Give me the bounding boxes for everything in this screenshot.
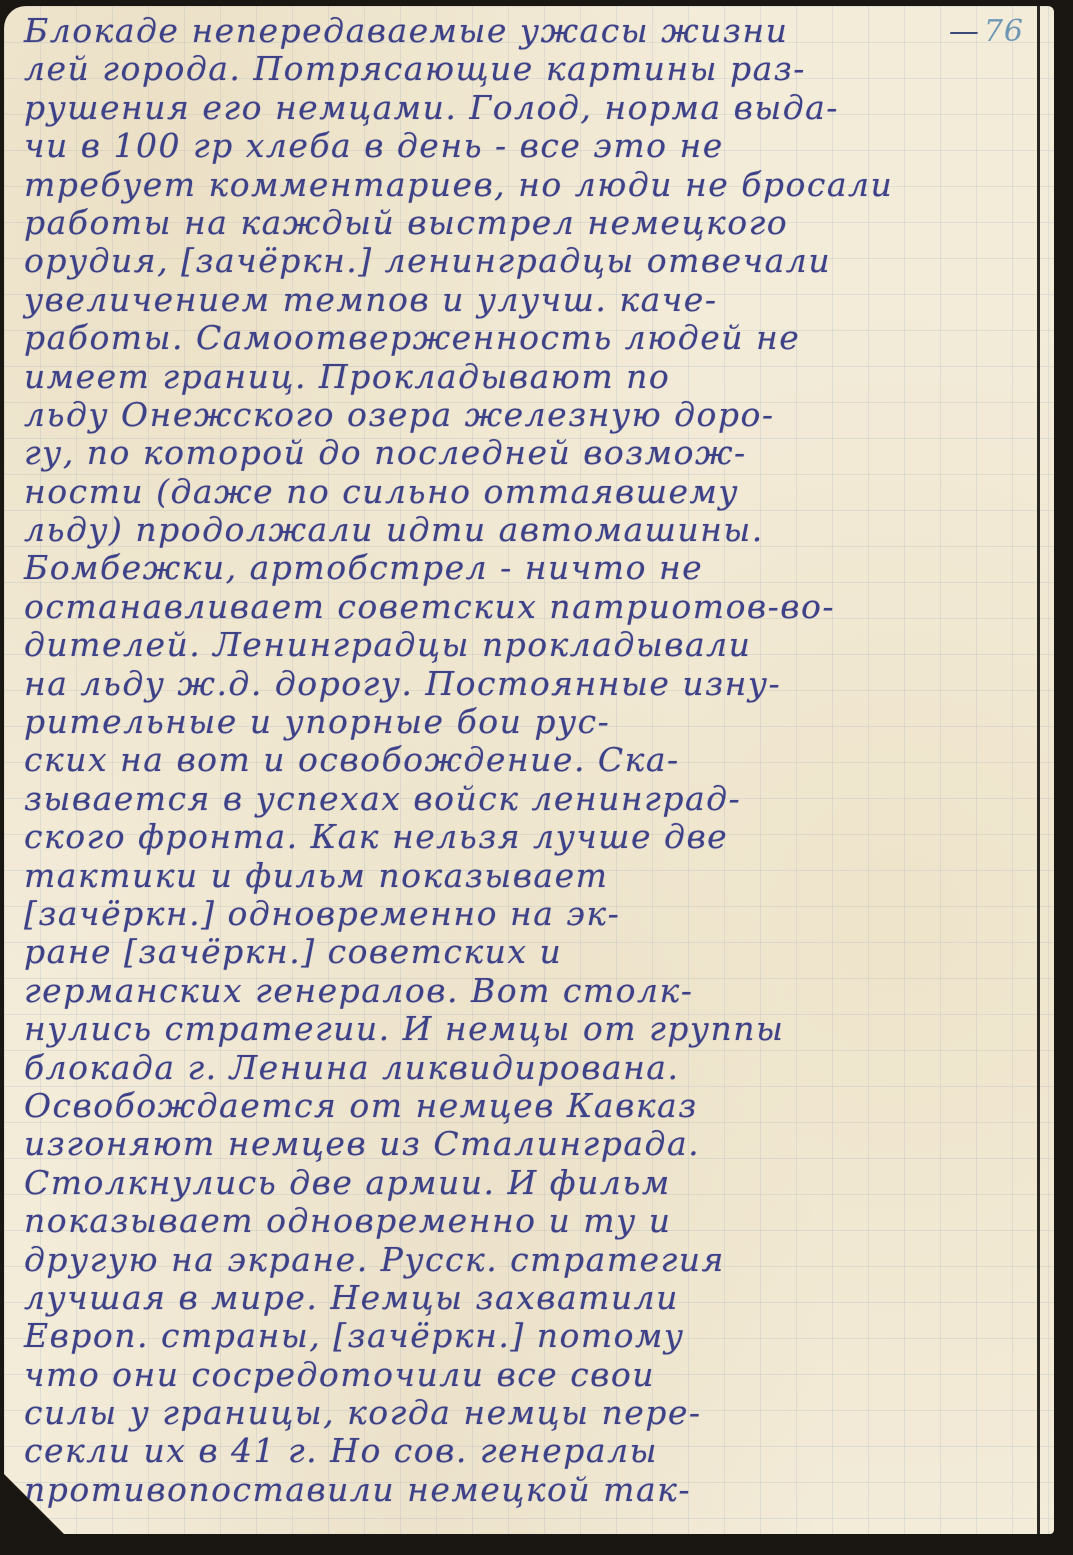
text-line: Блокаде непередаваемые ужасы жизни (24, 12, 1004, 50)
text-line: гу, по которой до последней возмож- (24, 434, 1004, 472)
text-line: другую на экране. Русск. стратегия (24, 1241, 1004, 1279)
text-line: требует комментариев, но люди не бросали (24, 166, 1004, 204)
text-line: работы. Самоотверженность людей не (24, 319, 1004, 357)
text-line: изгоняют немцев из Сталинграда. (24, 1125, 1004, 1163)
text-line: Бомбежки, артобстрел - ничто не (24, 549, 1004, 587)
text-line: тактики и фильм показывает (24, 857, 1004, 895)
text-line: дителей. Ленинградцы прокладывали (24, 626, 1004, 664)
text-line: льду Онежского озера железную доро- (24, 396, 1004, 434)
notebook-page: 76 Блокаде непередаваемые ужасы жизни ле… (4, 6, 1054, 1534)
text-line: рительные и упорные бои рус- (24, 703, 1004, 741)
text-line: на льду ж.д. дорогу. Постоянные изну- (24, 665, 1004, 703)
text-line: имеет границ. Прокладывают по (24, 358, 1004, 396)
text-line: [зачёркн.] одновременно на эк- (24, 895, 1004, 933)
text-line: работы на каждый выстрел немецкого (24, 204, 1004, 242)
text-line: что они сосредоточили все свои (24, 1356, 1004, 1394)
notebook-spine (1037, 6, 1040, 1534)
text-line: останавливает советских патриотов-во- (24, 588, 1004, 626)
text-line: увеличением темпов и улучш. каче- (24, 281, 1004, 319)
text-line: Освобождается от немцев Кавказ (24, 1087, 1004, 1125)
text-line: нулись стратегии. И немцы от группы (24, 1010, 1004, 1048)
text-line: германских генералов. Вот столк- (24, 972, 1004, 1010)
text-line: ране [зачёркн.] советских и (24, 933, 1004, 971)
text-line: орудия, [зачёркн.] ленинградцы отвечали (24, 242, 1004, 280)
text-line: рушения его немцами. Голод, норма выда- (24, 89, 1004, 127)
text-line: силы у границы, когда немцы пере- (24, 1394, 1004, 1432)
text-line: лей города. Потрясающие картины раз- (24, 50, 1004, 88)
text-line: ских на вот и освобождение. Ска- (24, 741, 1004, 779)
text-line: противопоставили немецкой так- (24, 1471, 1004, 1509)
text-line: Столкнулись две армии. И фильм (24, 1164, 1004, 1202)
text-line: лучшая в мире. Немцы захватили (24, 1279, 1004, 1317)
text-line: секли их в 41 г. Но сов. генералы (24, 1432, 1004, 1470)
text-line: Европ. страны, [зачёркн.] потому (24, 1317, 1004, 1355)
text-line: блокада г. Ленина ликвидирована. (24, 1049, 1004, 1087)
text-line: льду) продолжали идти автомашины. (24, 511, 1004, 549)
text-line: ского фронта. Как нельзя лучше две (24, 818, 1004, 856)
text-line: зывается в успехах войск ленинград- (24, 780, 1004, 818)
text-line: ности (даже по сильно оттаявшему (24, 473, 1004, 511)
text-line: чи в 100 гр хлеба в день - все это не (24, 127, 1004, 165)
text-line: показывает одновременно и ту и (24, 1202, 1004, 1240)
handwritten-text: Блокаде непередаваемые ужасы жизни лей г… (24, 12, 1004, 1509)
